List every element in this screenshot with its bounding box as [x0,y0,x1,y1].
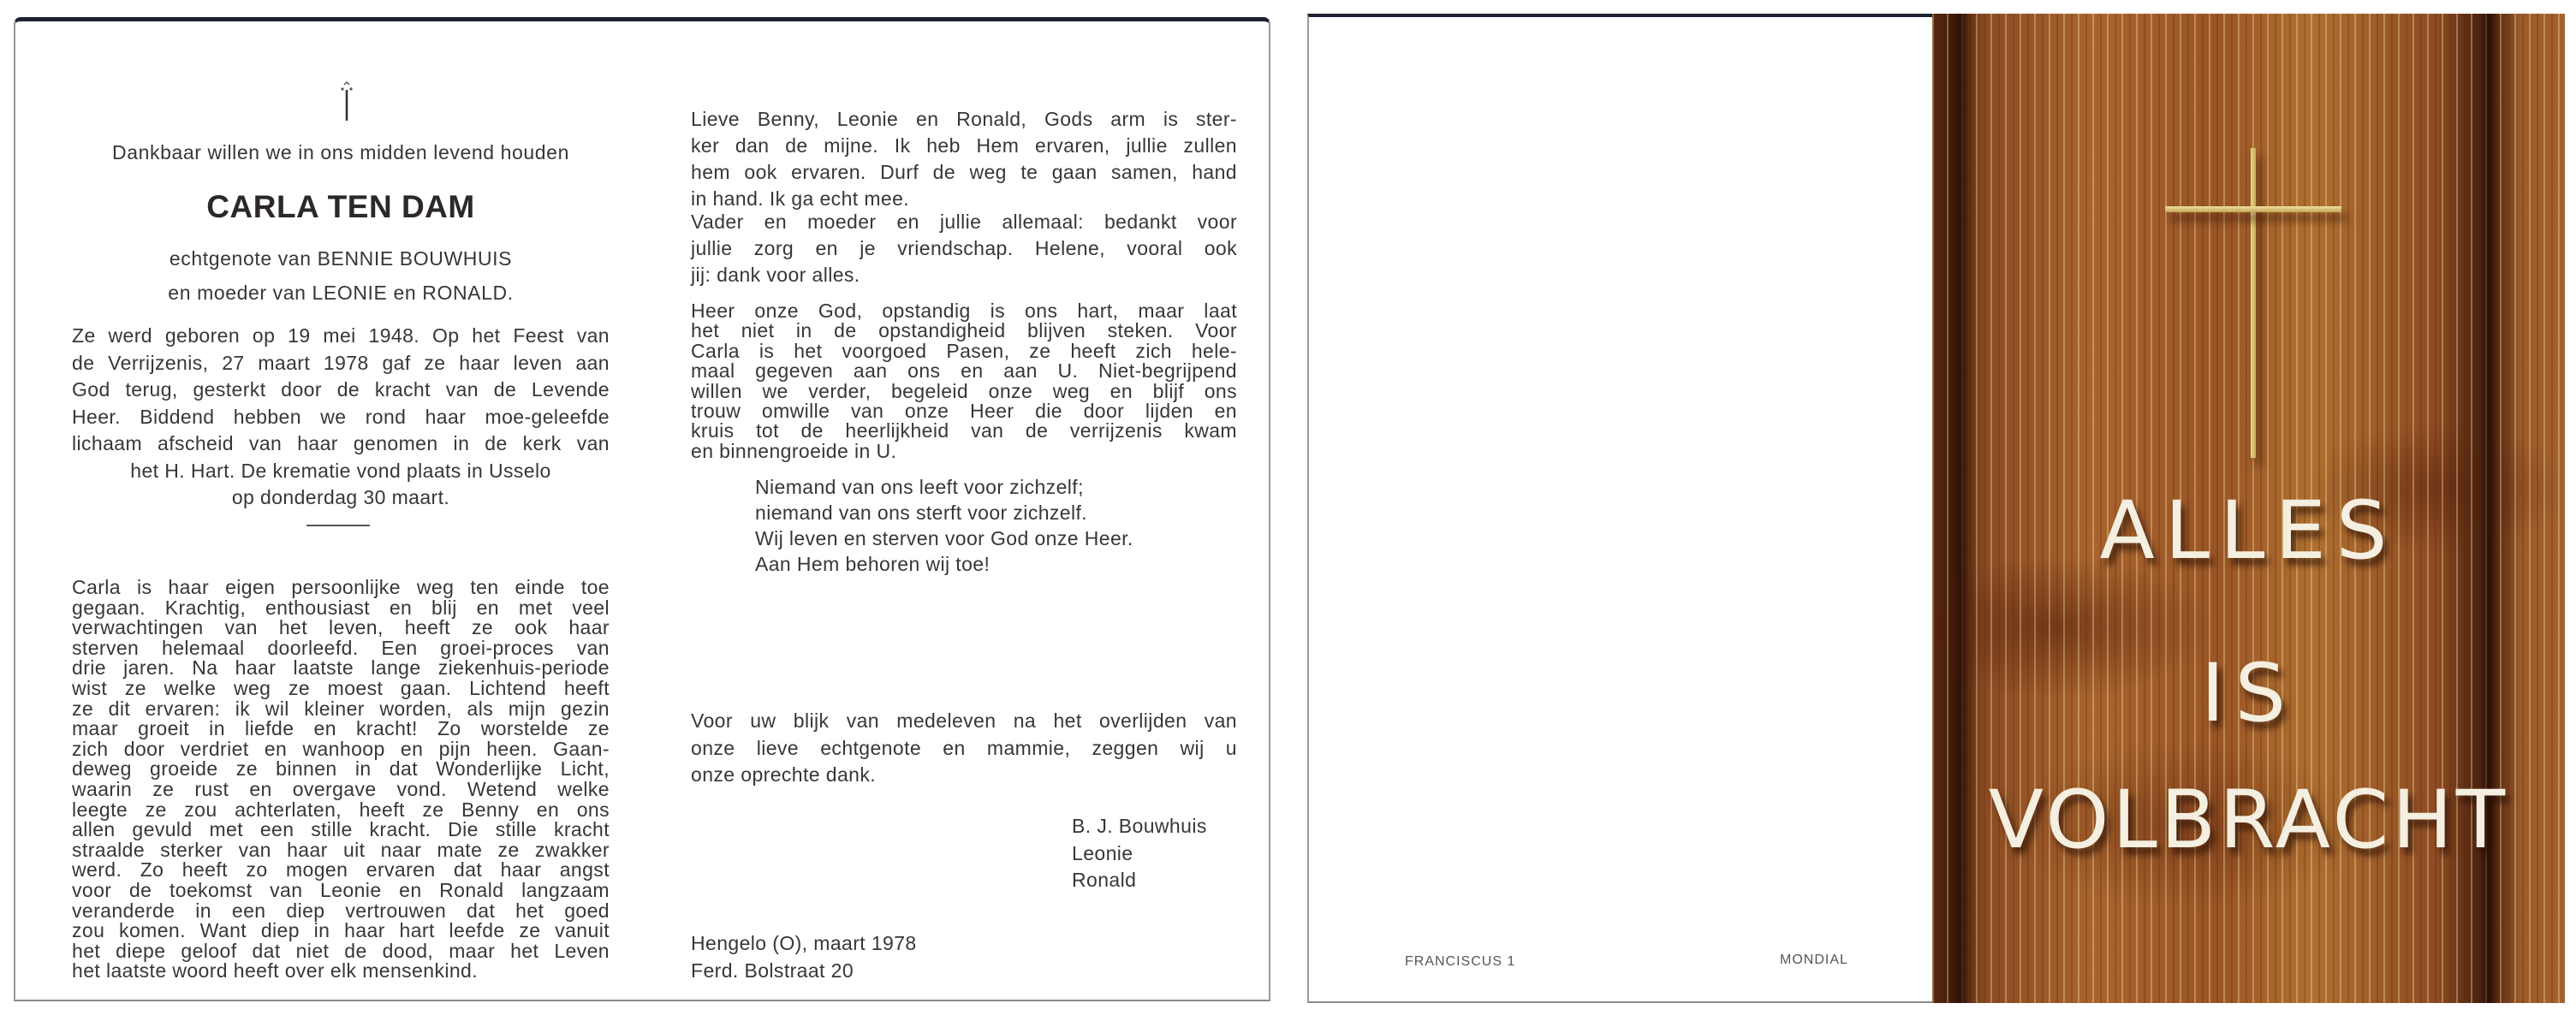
text-line: het H. Hart. De krematie vond plaats in … [72,460,610,483]
text-line: Aan Hem behoren wij toe! [755,553,1200,576]
intro-line: Dankbaar willen we in ons midden levend … [15,141,666,164]
memorial-card-inside: Dankbaar willen we in ons midden levend … [14,17,1270,1001]
text-line: Hengelo (O), maart 1978 [691,932,1033,955]
text-line: jij: dank voor alles. [691,264,1237,287]
text-line: hem ook ervaren. Durf de weg te gaan sam… [691,161,1237,184]
imprint-publisher: MONDIAL [1780,953,1848,968]
text-line: onze lieve echtgenote en mammie, zeggen … [691,737,1237,760]
text-line: Vader en moeder en jullie allemaal: beda… [691,211,1237,234]
text-line: God terug, gesterkt door de kracht van d… [72,378,610,401]
motto-line-1: ALLES [1932,484,2565,578]
section-divider [306,525,370,526]
relation-line-children: en moeder van LEONIE en RONALD. [15,282,666,305]
text-line: lichaam afscheid van haar genomen in de … [72,432,610,455]
motto-line-3: VOLBRACHT [1932,774,2565,867]
imprint-series: FRANCISCUS 1 [1405,954,1515,970]
text-line: op donderdag 30 maart. [72,486,610,509]
text-line: niemand van ons sterft voor zichzelf. [755,502,1200,525]
relation-line-spouse: echtgenote van BENNIE BOUWHUIS [15,247,666,270]
text-line: B. J. Bouwhuis [1072,815,1260,838]
wood-cover-image: ALLES IS VOLBRACHT [1932,14,2565,1003]
text-line: Leonie [1072,842,1260,865]
text-line: het laatste woord heeft over elk mensenk… [72,959,610,982]
text-line: jullie zorg en je vriendschap. Helene, v… [691,237,1237,260]
text-line: Voor uw blijk van medeleven na het overl… [691,709,1237,733]
motto-line-2: IS [1932,647,2565,740]
text-line: de Verrijzenis, 27 maart 1978 gaf ze haa… [72,352,610,375]
text-line: en binnengroeide in U. [691,440,1237,463]
text-line: Niemand van ons leeft voor zichzelf; [755,476,1200,499]
text-line: Heer. Biddend hebben we rond haar moe-ge… [72,406,610,429]
cross-icon [334,80,360,122]
text-line: ker dan de mijne. Ik heb Hem ervaren, ju… [691,134,1237,157]
text-line: Wij leven en sterven voor God onze Heer. [755,527,1200,550]
text-line: Ferd. Bolstraat 20 [691,959,1033,982]
text-line: Ze werd geboren op 19 mei 1948. Op het F… [72,324,610,347]
deceased-name: CARLA TEN DAM [15,189,666,225]
text-line: in hand. Ik ga echt mee. [691,187,1237,211]
text-line: Ronald [1072,869,1260,892]
memorial-card-cover: FRANCISCUS 1 MONDIAL ALLES IS VOLBRACHT [1307,14,2562,1003]
text-line: onze oprechte dank. [691,763,1237,787]
text-line: Lieve Benny, Leonie en Ronald, Gods arm … [691,108,1237,131]
